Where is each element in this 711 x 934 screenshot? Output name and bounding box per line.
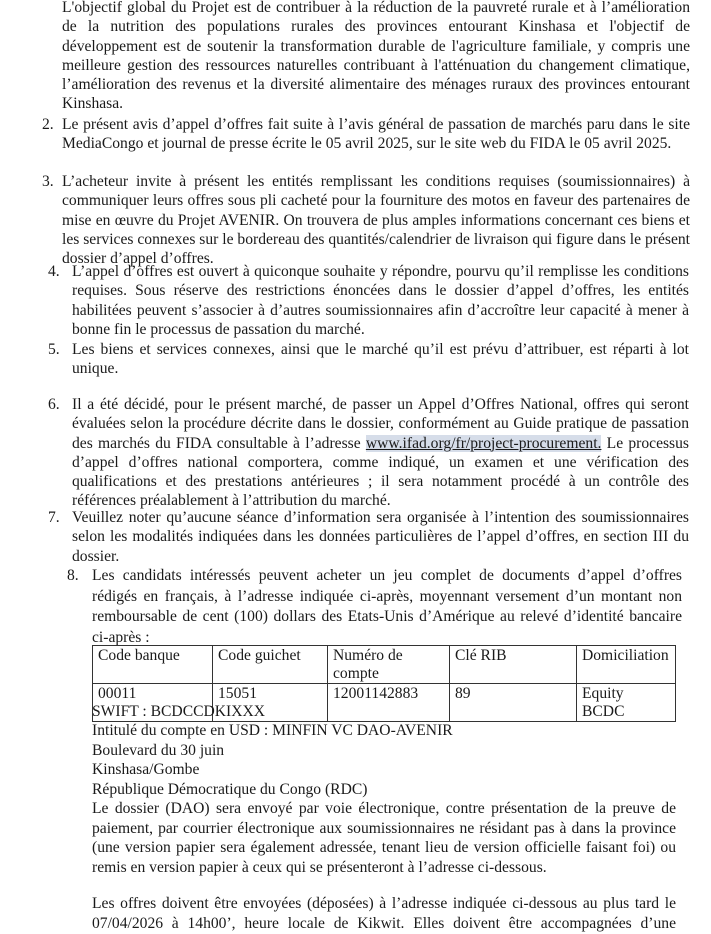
document-page: L'objectif global du Projet est de contr… [0,0,711,934]
item-text: L’acheteur invite à présent les entités … [62,172,690,268]
list-item-2: 2. Le présent avis d’appel d’offres fait… [42,115,692,154]
intro-paragraph: L'objectif global du Projet est de contr… [62,0,690,114]
table-header-row: Code banque Code guichet Numéro de compt… [93,646,676,684]
item-text: Le présent avis d’appel d’offres fait su… [62,115,690,154]
item-text: Les biens et services connexes, ainsi qu… [72,340,689,379]
table-header-cell: Numéro de compte [328,646,450,684]
table-header-cell: Clé RIB [450,646,577,684]
address-city: Kinshasa/Gombe [92,760,692,779]
offers-paragraph-text: Les offres doivent être envoyées (déposé… [92,894,676,933]
account-title: Intitulé du compte en USD : MINFIN VC DA… [92,721,692,740]
table-header-cell: Code banque [93,646,213,684]
dossier-paragraph: Le dossier (DAO) sera envoyé par voie él… [92,799,676,877]
address-country: République Démocratique du Congo (RDC) [92,780,692,799]
item-number: 3. [42,172,54,191]
table-header-cell: Domiciliation [577,646,676,684]
list-item-3: 3. L’acheteur invite à présent les entit… [42,172,692,268]
list-item-8: 8. Les candidats intéressés peuvent ache… [67,566,687,648]
list-item-5: 5. Les biens et services connexes, ainsi… [48,340,693,379]
item-text: Veuillez noter qu’aucune séance d’inform… [72,508,689,566]
list-item-4: 4. L’appel d’offres est ouvert à quiconq… [48,262,693,339]
list-item-6: 6. Il a été décidé, pour le présent marc… [48,395,693,511]
item-number: 7. [48,508,60,527]
item-number: 4. [48,262,60,281]
dossier-paragraph-text: Le dossier (DAO) sera envoyé par voie él… [92,799,676,877]
item-number: 5. [48,340,60,359]
item-text: Il a été décidé, pour le présent marché,… [72,395,689,511]
address-street: Boulevard du 30 juin [92,741,692,760]
item-text: Les candidats intéressés peuvent acheter… [92,566,682,648]
ifad-procurement-link[interactable]: www.ifad.org/fr/project-procurement. [366,435,602,452]
item-number: 2. [42,115,54,134]
swift-code: SWIFT : BCDCCDKIXXX [92,702,692,721]
item-number: 6. [48,395,60,414]
item-number: 8. [67,566,79,585]
bank-details: SWIFT : BCDCCDKIXXX Intitulé du compte e… [92,702,692,799]
table-header-cell: Code guichet [213,646,328,684]
offers-paragraph: Les offres doivent être envoyées (déposé… [92,894,676,933]
list-item-7: 7. Veuillez noter qu’aucune séance d’inf… [48,508,693,566]
intro-paragraph-text: L'objectif global du Projet est de contr… [62,0,690,114]
item-text: L’appel d’offres est ouvert à quiconque … [72,262,689,339]
